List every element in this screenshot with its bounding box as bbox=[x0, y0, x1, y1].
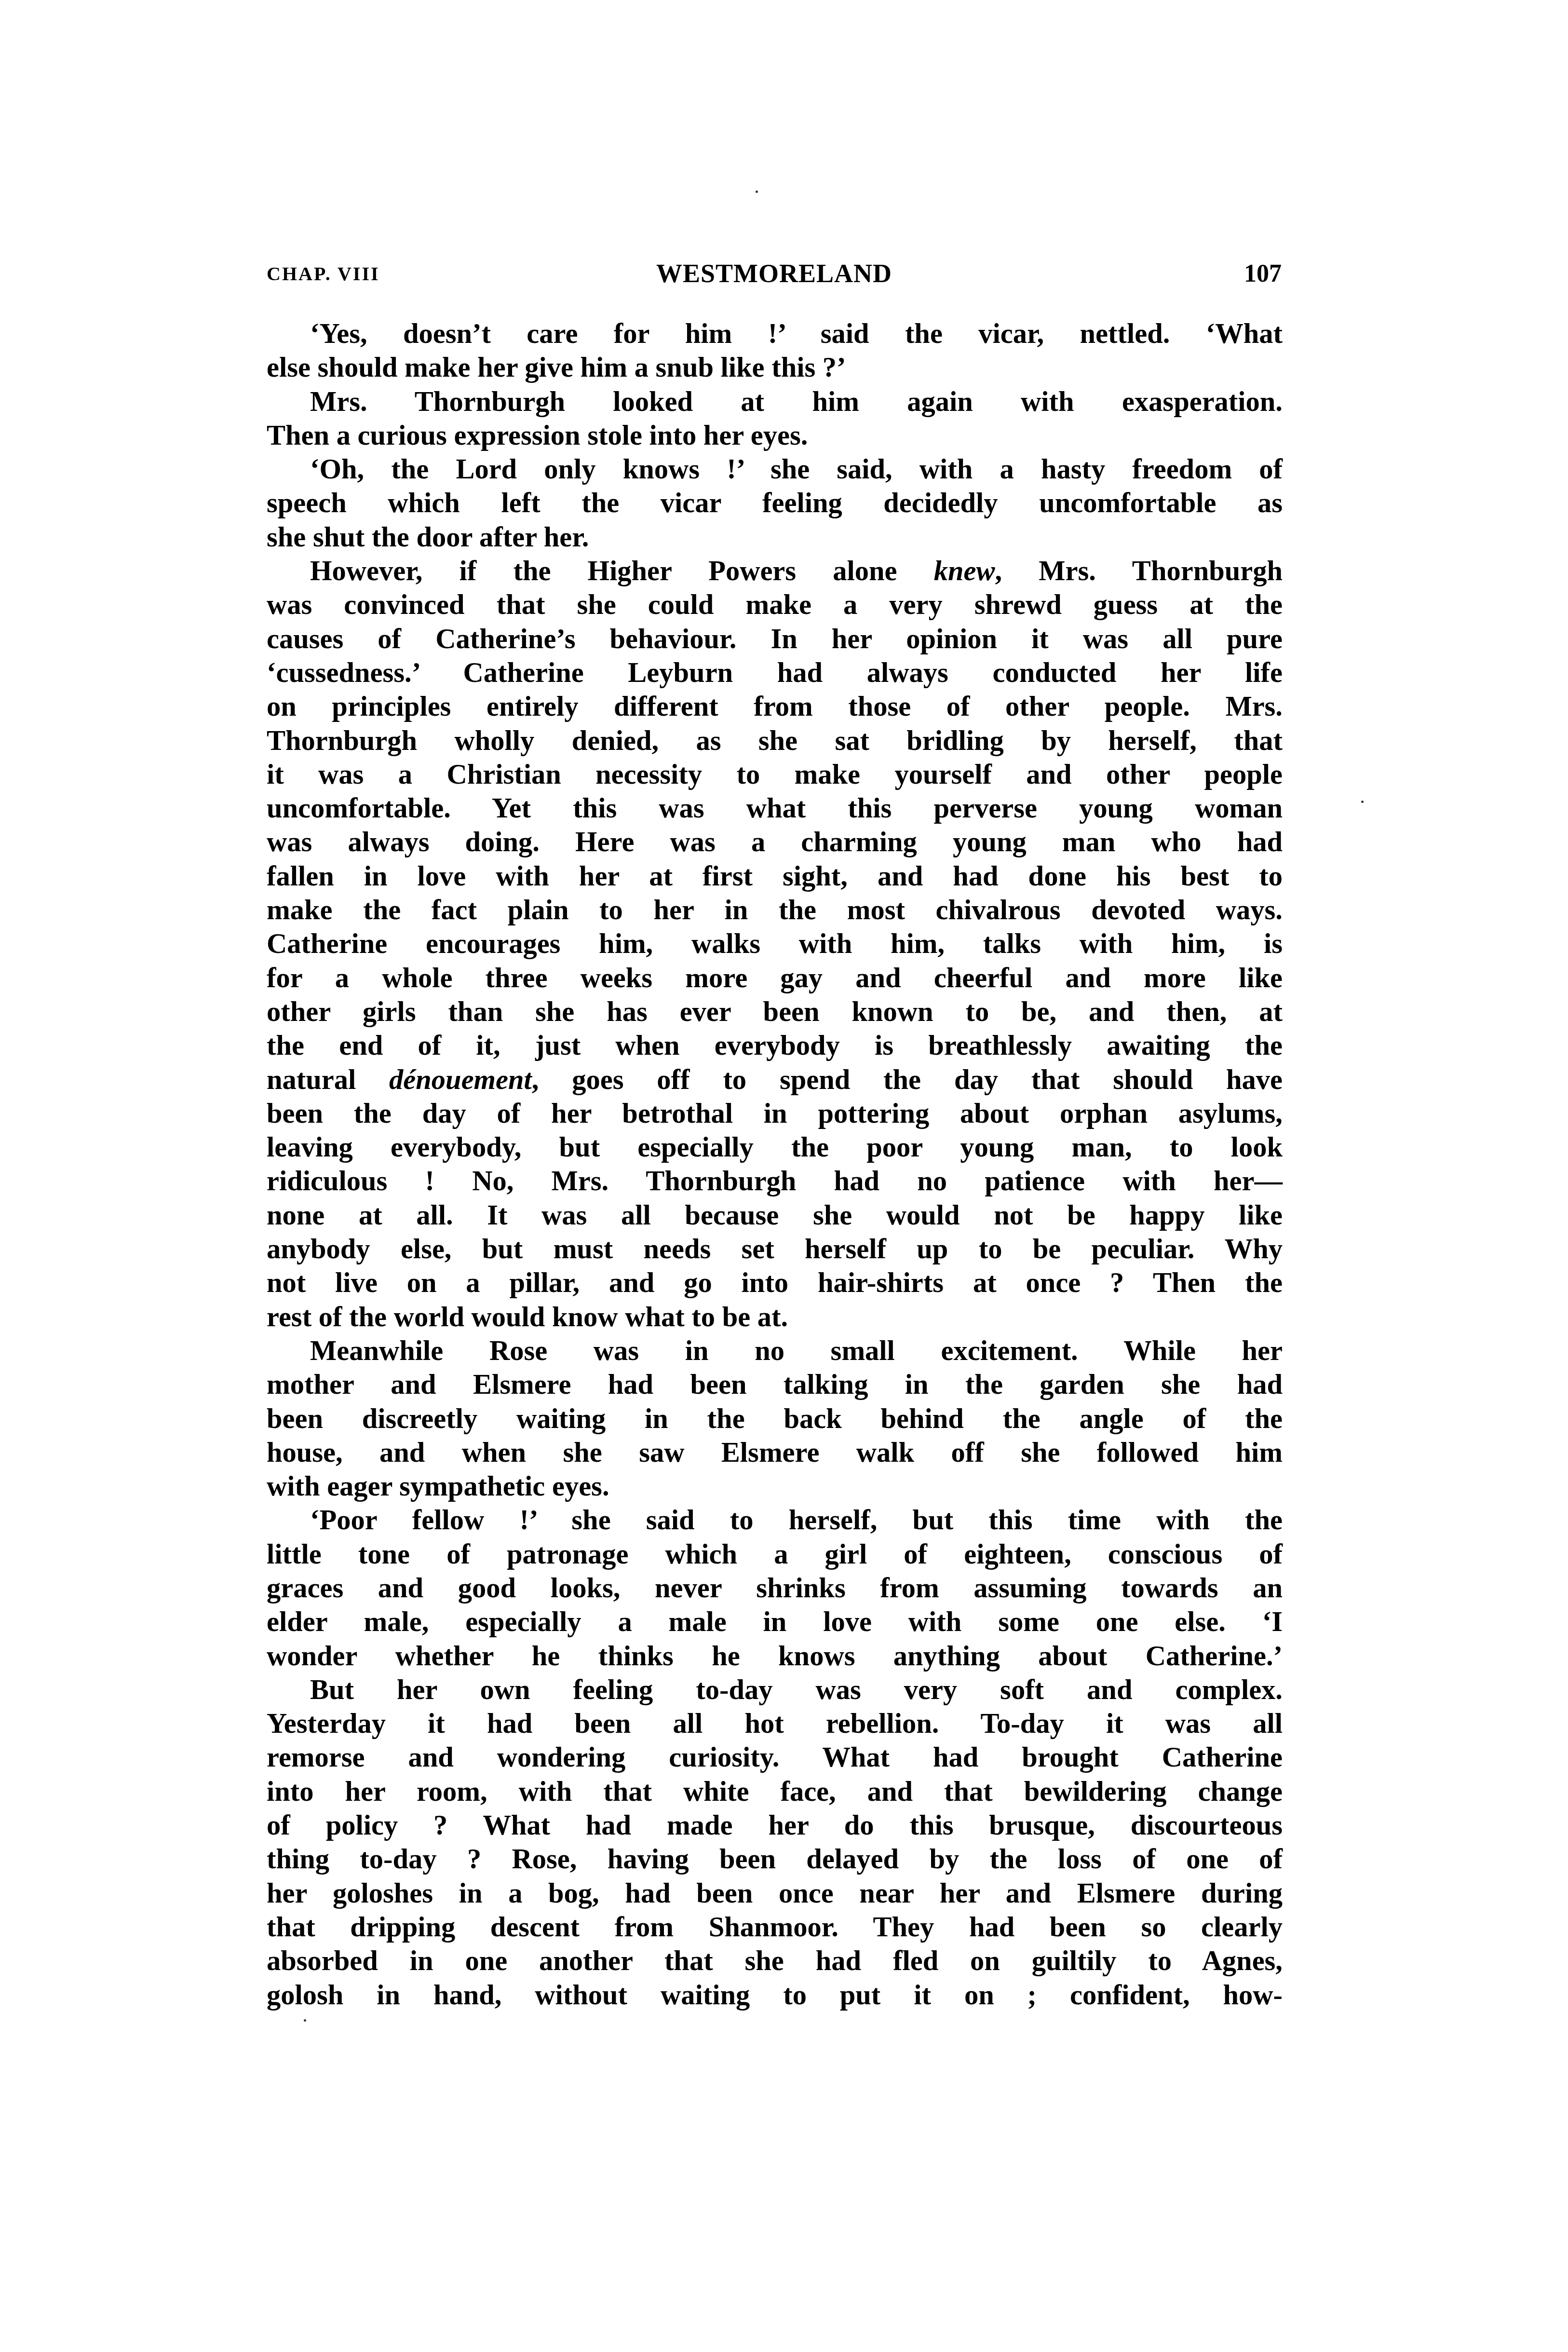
text-line: the end of it, just when everybody is br… bbox=[267, 1029, 1283, 1062]
text-line: was always doing. Here was a charming yo… bbox=[267, 825, 1283, 859]
text-line: golosh in hand, without waiting to put i… bbox=[267, 1978, 1283, 2012]
page-number: 107 bbox=[1244, 259, 1282, 288]
book-page: CHAP. VIII WESTMORELAND 107 ‘Yes, doesn’… bbox=[0, 0, 1568, 2352]
text-line: However, if the Higher Powers alone knew… bbox=[267, 554, 1283, 588]
text-line: Mrs. Thornburgh looked at him again with… bbox=[267, 385, 1283, 419]
text-line: uncomfortable. Yet this was what this pe… bbox=[267, 791, 1283, 825]
text-line: natural dénouement, goes off to spend th… bbox=[267, 1063, 1283, 1097]
body-text: ‘Yes, doesn’t care for him !’ said the v… bbox=[267, 317, 1283, 2012]
text-line: mother and Elsmere had been talking in t… bbox=[267, 1368, 1283, 1401]
text-segment: , goes off to spend the day that should … bbox=[532, 1064, 1283, 1095]
text-line: little tone of patronage which a girl of… bbox=[267, 1537, 1283, 1571]
text-line: none at all. It was all because she woul… bbox=[267, 1198, 1283, 1232]
text-line: But her own feeling to-day was very soft… bbox=[267, 1673, 1283, 1707]
text-line: else should make her give him a snub lik… bbox=[267, 351, 1283, 384]
text-line: absorbed in one another that she had fle… bbox=[267, 1944, 1283, 1978]
text-line: Then a curious expression stole into her… bbox=[267, 419, 1283, 452]
italic-word: dénouement bbox=[389, 1064, 532, 1095]
text-line: causes of Catherine’s behaviour. In her … bbox=[267, 622, 1283, 656]
text-line: make the fact plain to her in the most c… bbox=[267, 893, 1283, 927]
running-head: CHAP. VIII WESTMORELAND 107 bbox=[267, 258, 1282, 287]
text-segment: , Mrs. Thornburgh bbox=[995, 555, 1283, 586]
text-line: Thornburgh wholly denied, as she sat bri… bbox=[267, 724, 1283, 758]
text-line: was convinced that she could make a very… bbox=[267, 588, 1283, 622]
text-line: ‘cussedness.’ Catherine Leyburn had alwa… bbox=[267, 656, 1283, 690]
text-line: anybody else, but must needs set herself… bbox=[267, 1232, 1283, 1266]
text-line: for a whole three weeks more gay and che… bbox=[267, 961, 1283, 995]
text-line: she shut the door after her. bbox=[267, 520, 1283, 554]
text-line: rest of the world would know what to be … bbox=[267, 1300, 1283, 1334]
text-line: not live on a pillar, and go into hair-s… bbox=[267, 1266, 1283, 1300]
text-segment: natural bbox=[267, 1064, 389, 1095]
scan-speck bbox=[756, 190, 758, 193]
text-line: ‘Poor fellow !’ she said to herself, but… bbox=[267, 1503, 1283, 1537]
italic-word: knew bbox=[934, 555, 995, 586]
text-line: ‘Oh, the Lord only knows !’ she said, wi… bbox=[267, 452, 1283, 486]
text-line: speech which left the vicar feeling deci… bbox=[267, 486, 1283, 520]
text-line: house, and when she saw Elsmere walk off… bbox=[267, 1436, 1283, 1469]
text-segment: However, if the Higher Powers alone bbox=[310, 555, 934, 586]
scan-speck bbox=[304, 2019, 306, 2022]
text-line: other girls than she has ever been known… bbox=[267, 995, 1283, 1029]
text-line: remorse and wondering curiosity. What ha… bbox=[267, 1740, 1283, 1774]
text-line: elder male, especially a male in love wi… bbox=[267, 1605, 1283, 1639]
text-line: with eager sympathetic eyes. bbox=[267, 1469, 1283, 1503]
text-line: graces and good looks, never shrinks fro… bbox=[267, 1571, 1283, 1605]
text-line: her goloshes in a bog, had been once nea… bbox=[267, 1876, 1283, 1910]
text-line: that dripping descent from Shanmoor. The… bbox=[267, 1910, 1283, 1944]
text-line: been the day of her betrothal in potteri… bbox=[267, 1097, 1283, 1130]
text-line: leaving everybody, but especially the po… bbox=[267, 1130, 1283, 1164]
text-line: fallen in love with her at first sight, … bbox=[267, 859, 1283, 893]
text-line: on principles entirely different from th… bbox=[267, 690, 1283, 723]
text-line: of policy ? What had made her do this br… bbox=[267, 1808, 1283, 1842]
text-line: ridiculous ! No, Mrs. Thornburgh had no … bbox=[267, 1164, 1283, 1198]
text-line: Yesterday it had been all hot rebellion.… bbox=[267, 1707, 1283, 1740]
scan-speck bbox=[1361, 801, 1364, 803]
text-line: thing to-day ? Rose, having been delayed… bbox=[267, 1842, 1283, 1876]
running-title: WESTMORELAND bbox=[267, 258, 1282, 288]
text-line: Catherine encourages him, walks with him… bbox=[267, 927, 1283, 961]
text-line: ‘Yes, doesn’t care for him !’ said the v… bbox=[267, 317, 1283, 351]
text-line: it was a Christian necessity to make you… bbox=[267, 758, 1283, 791]
text-line: Meanwhile Rose was in no small excitemen… bbox=[267, 1334, 1283, 1368]
text-line: into her room, with that white face, and… bbox=[267, 1775, 1283, 1808]
text-line: wonder whether he thinks he knows anythi… bbox=[267, 1639, 1283, 1673]
text-line: been discreetly waiting in the back behi… bbox=[267, 1402, 1283, 1436]
